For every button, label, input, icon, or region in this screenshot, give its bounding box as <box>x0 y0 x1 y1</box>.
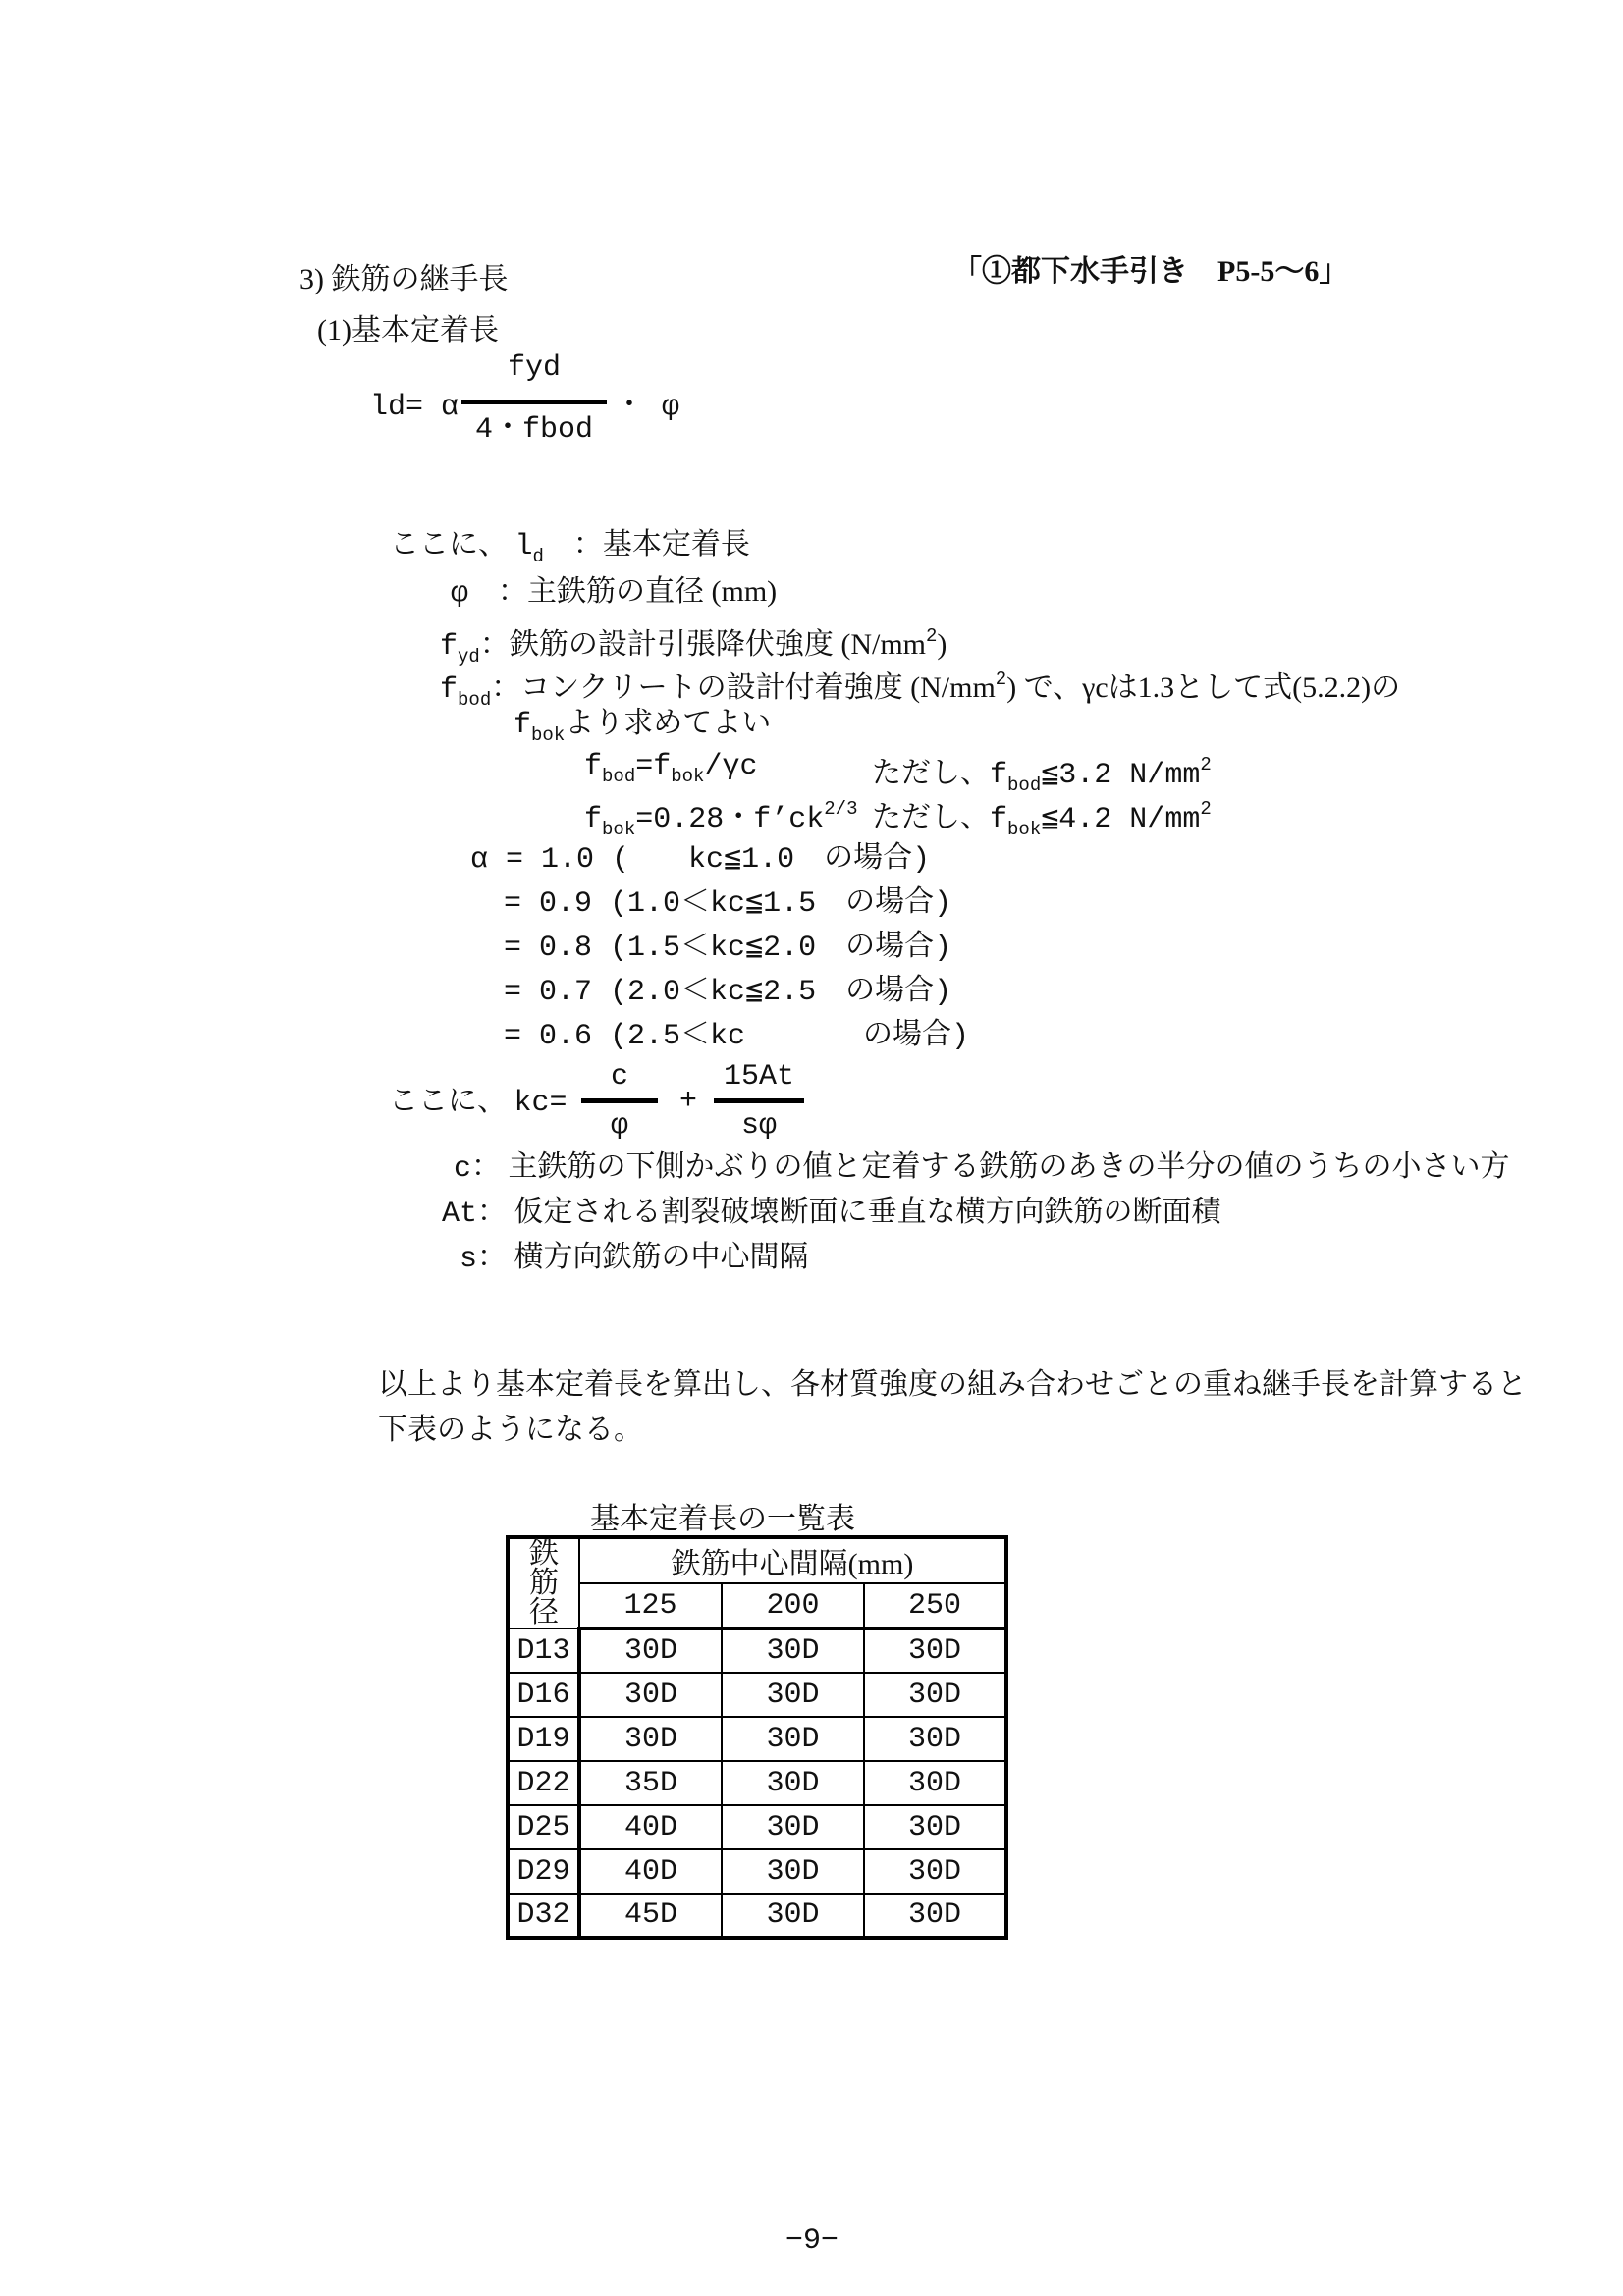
definition-ld: ここに、 ld ：基本定着長 <box>390 526 750 575</box>
kc-frac1-denominator: φ <box>581 1103 658 1145</box>
formula-ld-lhs: ld= α <box>370 389 459 426</box>
table-body: D1330D30D30DD1630D30D30DD1930D30D30DD223… <box>508 1629 1006 1938</box>
section-heading: 3) 鉄筋の継手長 <box>299 261 509 298</box>
table-row: D2940D30D30D <box>508 1849 1006 1894</box>
lap-length-cell: 30D <box>722 1717 864 1761</box>
spacing-250-header: 250 <box>864 1583 1006 1629</box>
lap-length-cell: 30D <box>864 1805 1006 1849</box>
table-row: D1330D30D30D <box>508 1629 1006 1673</box>
rebar-header-char: 筋 <box>510 1569 578 1598</box>
table-row: D1630D30D30D <box>508 1673 1006 1717</box>
rebar-diameter-cell: D13 <box>508 1629 579 1673</box>
definition-c: c： 主鉄筋の下側かぶりの値と定着する鉄筋のあきの半分の値のうちの小さい方 <box>454 1148 1510 1188</box>
lap-length-cell: 30D <box>722 1761 864 1805</box>
lap-length-cell: 30D <box>864 1629 1006 1673</box>
lap-length-cell: 40D <box>579 1805 722 1849</box>
lap-length-cell: 30D <box>864 1761 1006 1805</box>
spacing-125-header: 125 <box>579 1583 722 1629</box>
table-title: 基本定着長の一覧表 <box>590 1501 855 1538</box>
table-row: D3245D30D30D <box>508 1894 1006 1938</box>
definition-s: s： 横方向鉄筋の中心間隔 <box>460 1239 809 1278</box>
subsection-heading: (1)基本定着長 <box>317 312 499 349</box>
formula-ld-numerator: fyd <box>461 349 607 400</box>
rebar-diameter-cell: D22 <box>508 1761 579 1805</box>
alpha-case-2: = 0.9 (1.0＜kc≦1.5 の場合) <box>504 883 951 923</box>
lap-length-cell: 30D <box>722 1673 864 1717</box>
formula-ld-denominator: 4・fbod <box>461 404 607 449</box>
lap-length-cell: 45D <box>579 1894 722 1938</box>
alpha-case-4: = 0.7 (2.0＜kc≦2.5 の場合) <box>504 972 951 1011</box>
kc-formula-intro: ここに、 kc= <box>389 1083 568 1122</box>
kc-plus-sign: + <box>679 1083 697 1120</box>
kc-frac2-numerator: 15At <box>714 1058 804 1098</box>
document-page: 3) 鉄筋の継手長 「①都下水手引き P5-5～6」 (1)基本定着長 ld= … <box>0 0 1623 2296</box>
lap-length-cell: 30D <box>864 1849 1006 1894</box>
kc-fraction-15at: 15At sφ <box>714 1058 804 1145</box>
page-number: −9− <box>785 2222 839 2260</box>
rebar-header-char: 鉄 <box>510 1539 578 1569</box>
lap-length-cell: 30D <box>579 1673 722 1717</box>
alpha-case-5: = 0.6 (2.5＜kc の場合) <box>504 1016 969 1055</box>
rebar-diameter-header: 鉄 筋 径 <box>508 1537 579 1629</box>
equation-fbod: fbod=fbok/γc <box>584 746 757 795</box>
lap-length-cell: 30D <box>722 1805 864 1849</box>
definition-phi: φ ：主鉄筋の直径 (mm) <box>451 573 777 613</box>
alpha-case-1: α = 1.0 ( kc≦1.0 の場合) <box>470 839 930 879</box>
kc-frac1-numerator: c <box>581 1058 658 1098</box>
lap-length-cell: 30D <box>722 1894 864 1938</box>
alpha-case-3: = 0.8 (1.5＜kc≦2.0 の場合) <box>504 928 951 967</box>
lap-length-cell: 30D <box>864 1673 1006 1717</box>
lap-length-cell: 30D <box>722 1629 864 1673</box>
lap-length-cell: 30D <box>722 1849 864 1894</box>
rebar-diameter-cell: D29 <box>508 1849 579 1894</box>
lap-length-cell: 40D <box>579 1849 722 1894</box>
table-row: D2540D30D30D <box>508 1805 1006 1849</box>
lap-length-cell: 30D <box>579 1717 722 1761</box>
lap-length-cell: 35D <box>579 1761 722 1805</box>
spacing-200-header: 200 <box>722 1583 864 1629</box>
rebar-diameter-cell: D32 <box>508 1894 579 1938</box>
lap-length-cell: 30D <box>864 1717 1006 1761</box>
kc-fraction-c: c φ <box>581 1058 658 1145</box>
rebar-diameter-cell: D16 <box>508 1673 579 1717</box>
closing-paragraph-line2: 下表のようになる。 <box>378 1412 643 1449</box>
reference-citation: 「①都下水手引き P5-5～6」 <box>952 253 1348 291</box>
lap-length-cell: 30D <box>864 1894 1006 1938</box>
definition-at: At： 仮定される割裂破壊断面に垂直な横方向鉄筋の断面積 <box>442 1194 1221 1233</box>
kc-frac2-denominator: sφ <box>714 1103 804 1145</box>
rebar-diameter-cell: D25 <box>508 1805 579 1849</box>
table-row: D2235D30D30D <box>508 1761 1006 1805</box>
formula-ld-rhs: ・ φ <box>615 389 679 426</box>
lap-length-cell: 30D <box>579 1629 722 1673</box>
rebar-diameter-cell: D19 <box>508 1717 579 1761</box>
rebar-header-char: 径 <box>510 1598 578 1628</box>
spacing-group-header: 鉄筋中心間隔(mm) <box>579 1537 1006 1583</box>
closing-paragraph-line1: 以上より基本定着長を算出し、各材質強度の組み合わせごとの重ね継手長を計算すると <box>378 1366 1527 1404</box>
table-row: D1930D30D30D <box>508 1717 1006 1761</box>
anchorage-length-table: 鉄 筋 径 鉄筋中心間隔(mm) 125 200 250 D1330D30D30… <box>506 1535 1008 1940</box>
formula-ld-fraction: fyd 4・fbod <box>461 349 607 449</box>
